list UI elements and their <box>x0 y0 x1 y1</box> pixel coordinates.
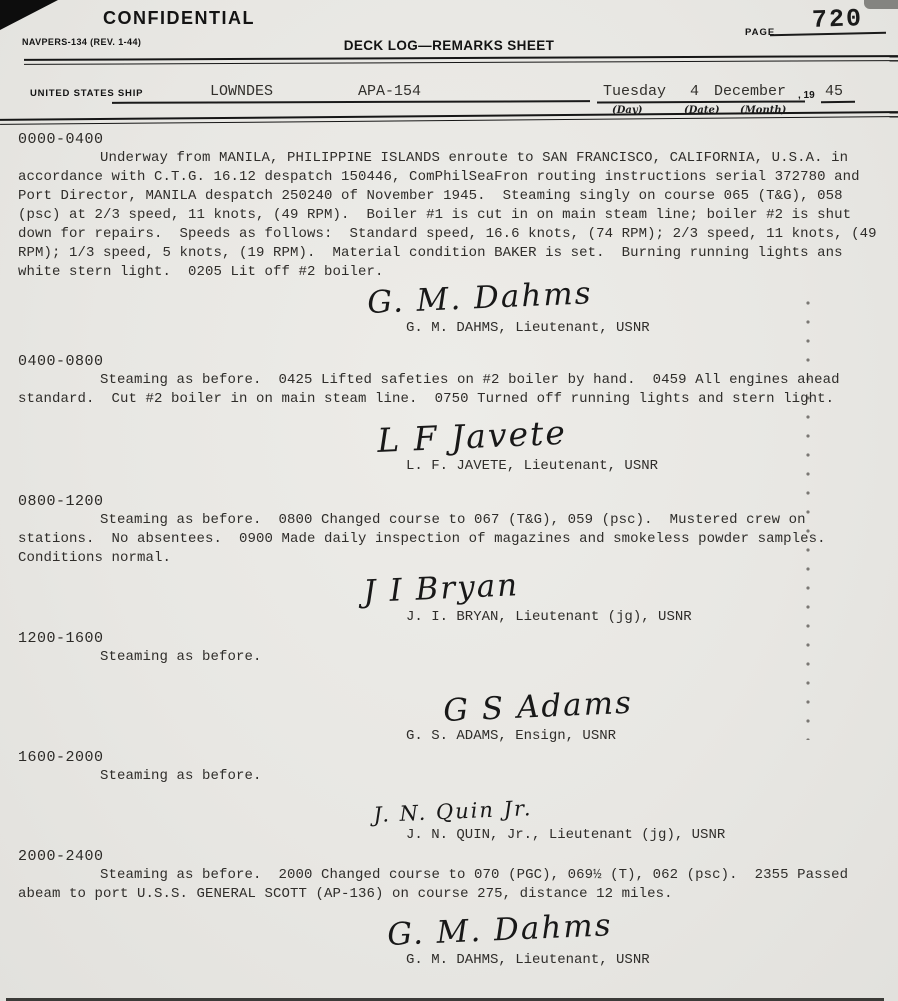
entry-time-range: 1200-1600 <box>18 629 878 648</box>
log-entry-0400-0800: 0400-0800 Steaming as before. 0425 Lifte… <box>18 352 878 475</box>
signature-handwritten: G S Adams <box>443 675 878 728</box>
header-rule-bottom <box>0 111 898 125</box>
remarks-body: 0000-0400 Underway from MANILA, PHILIPPI… <box>0 128 898 969</box>
signature-block: J. N. Quin Jr. J. N. QUIN, Jr., Lieutena… <box>406 803 878 844</box>
year-value: 45 <box>825 83 843 100</box>
signature-typed-name: G. S. ADAMS, Ensign, USNR <box>406 728 878 745</box>
signature-block: G. M. Dahms G. M. DAHMS, Lieutenant, USN… <box>406 286 878 337</box>
entry-time-range: 0000-0400 <box>18 130 878 149</box>
signature-typed-name: L. F. JAVETE, Lieutenant, USNR <box>406 458 878 475</box>
classification-stamp: CONFIDENTIAL <box>103 8 255 29</box>
entry-time-range: 2000-2400 <box>18 847 878 866</box>
entry-time-range: 0400-0800 <box>18 352 878 371</box>
signature-typed-name: G. M. DAHMS, Lieutenant, USNR <box>406 320 878 337</box>
entry-text: Steaming as before. <box>18 767 878 786</box>
deck-log-page: CONFIDENTIAL PAGE 720 NAVPERS-134 (REV. … <box>0 0 898 1001</box>
entry-text: Underway from MANILA, PHILIPPINE ISLANDS… <box>18 149 878 282</box>
sheet-title: DECK LOG—REMARKS SHEET <box>0 38 898 53</box>
year-prefix: , 19 <box>798 90 815 101</box>
header-rule-top <box>24 55 898 65</box>
day-value: Tuesday <box>603 83 666 100</box>
entry-text: Steaming as before. <box>18 648 878 667</box>
log-entry-2000-2400: 2000-2400 Steaming as before. 2000 Chang… <box>18 847 878 969</box>
log-entry-0000-0400: 0000-0400 Underway from MANILA, PHILIPPI… <box>18 130 878 337</box>
ship-name: LOWNDES <box>210 83 273 100</box>
signature-block: G. M. Dahms G. M. DAHMS, Lieutenant, USN… <box>406 918 878 969</box>
ship-label: UNITED STATES SHIP <box>30 88 143 99</box>
signature-typed-name: J. I. BRYAN, Lieutenant (jg), USNR <box>406 609 878 626</box>
hull-number: APA-154 <box>358 83 421 100</box>
log-entry-1200-1600: 1200-1600 Steaming as before. G S Adams … <box>18 629 878 745</box>
log-entry-0800-1200: 0800-1200 Steaming as before. 0800 Chang… <box>18 492 878 626</box>
ship-name-line <box>112 100 590 104</box>
month-value: December <box>714 83 786 100</box>
year-line <box>821 101 855 104</box>
entry-time-range: 1600-2000 <box>18 748 878 767</box>
signature-block: J I Bryan J. I. BRYAN, Lieutenant (jg), … <box>406 575 878 626</box>
entry-text: Steaming as before. 2000 Changed course … <box>18 866 878 904</box>
signature-handwritten: G. M. Dahms <box>387 897 878 952</box>
signature-typed-name: G. M. DAHMS, Lieutenant, USNR <box>406 952 878 969</box>
entry-text: Steaming as before. 0425 Lifted safeties… <box>18 371 878 409</box>
signature-block: L F Javete L. F. JAVETE, Lieutenant, USN… <box>406 424 878 475</box>
form-header: CONFIDENTIAL PAGE 720 NAVPERS-134 (REV. … <box>0 0 898 128</box>
page-number: 720 <box>812 4 864 35</box>
signature-block: G S Adams G. S. ADAMS, Ensign, USNR <box>406 694 878 745</box>
signature-handwritten: J. N. Quin Jr. <box>373 781 878 827</box>
date-value: 4 <box>690 83 699 100</box>
date-line <box>597 100 805 103</box>
signature-typed-name: J. N. QUIN, Jr., Lieutenant (jg), USNR <box>406 827 878 844</box>
signature-handwritten: L F Javete <box>377 402 878 458</box>
page-label: PAGE <box>745 27 775 38</box>
entry-time-range: 0800-1200 <box>18 492 878 511</box>
log-entry-1600-2000: 1600-2000 Steaming as before. J. N. Quin… <box>18 748 878 844</box>
